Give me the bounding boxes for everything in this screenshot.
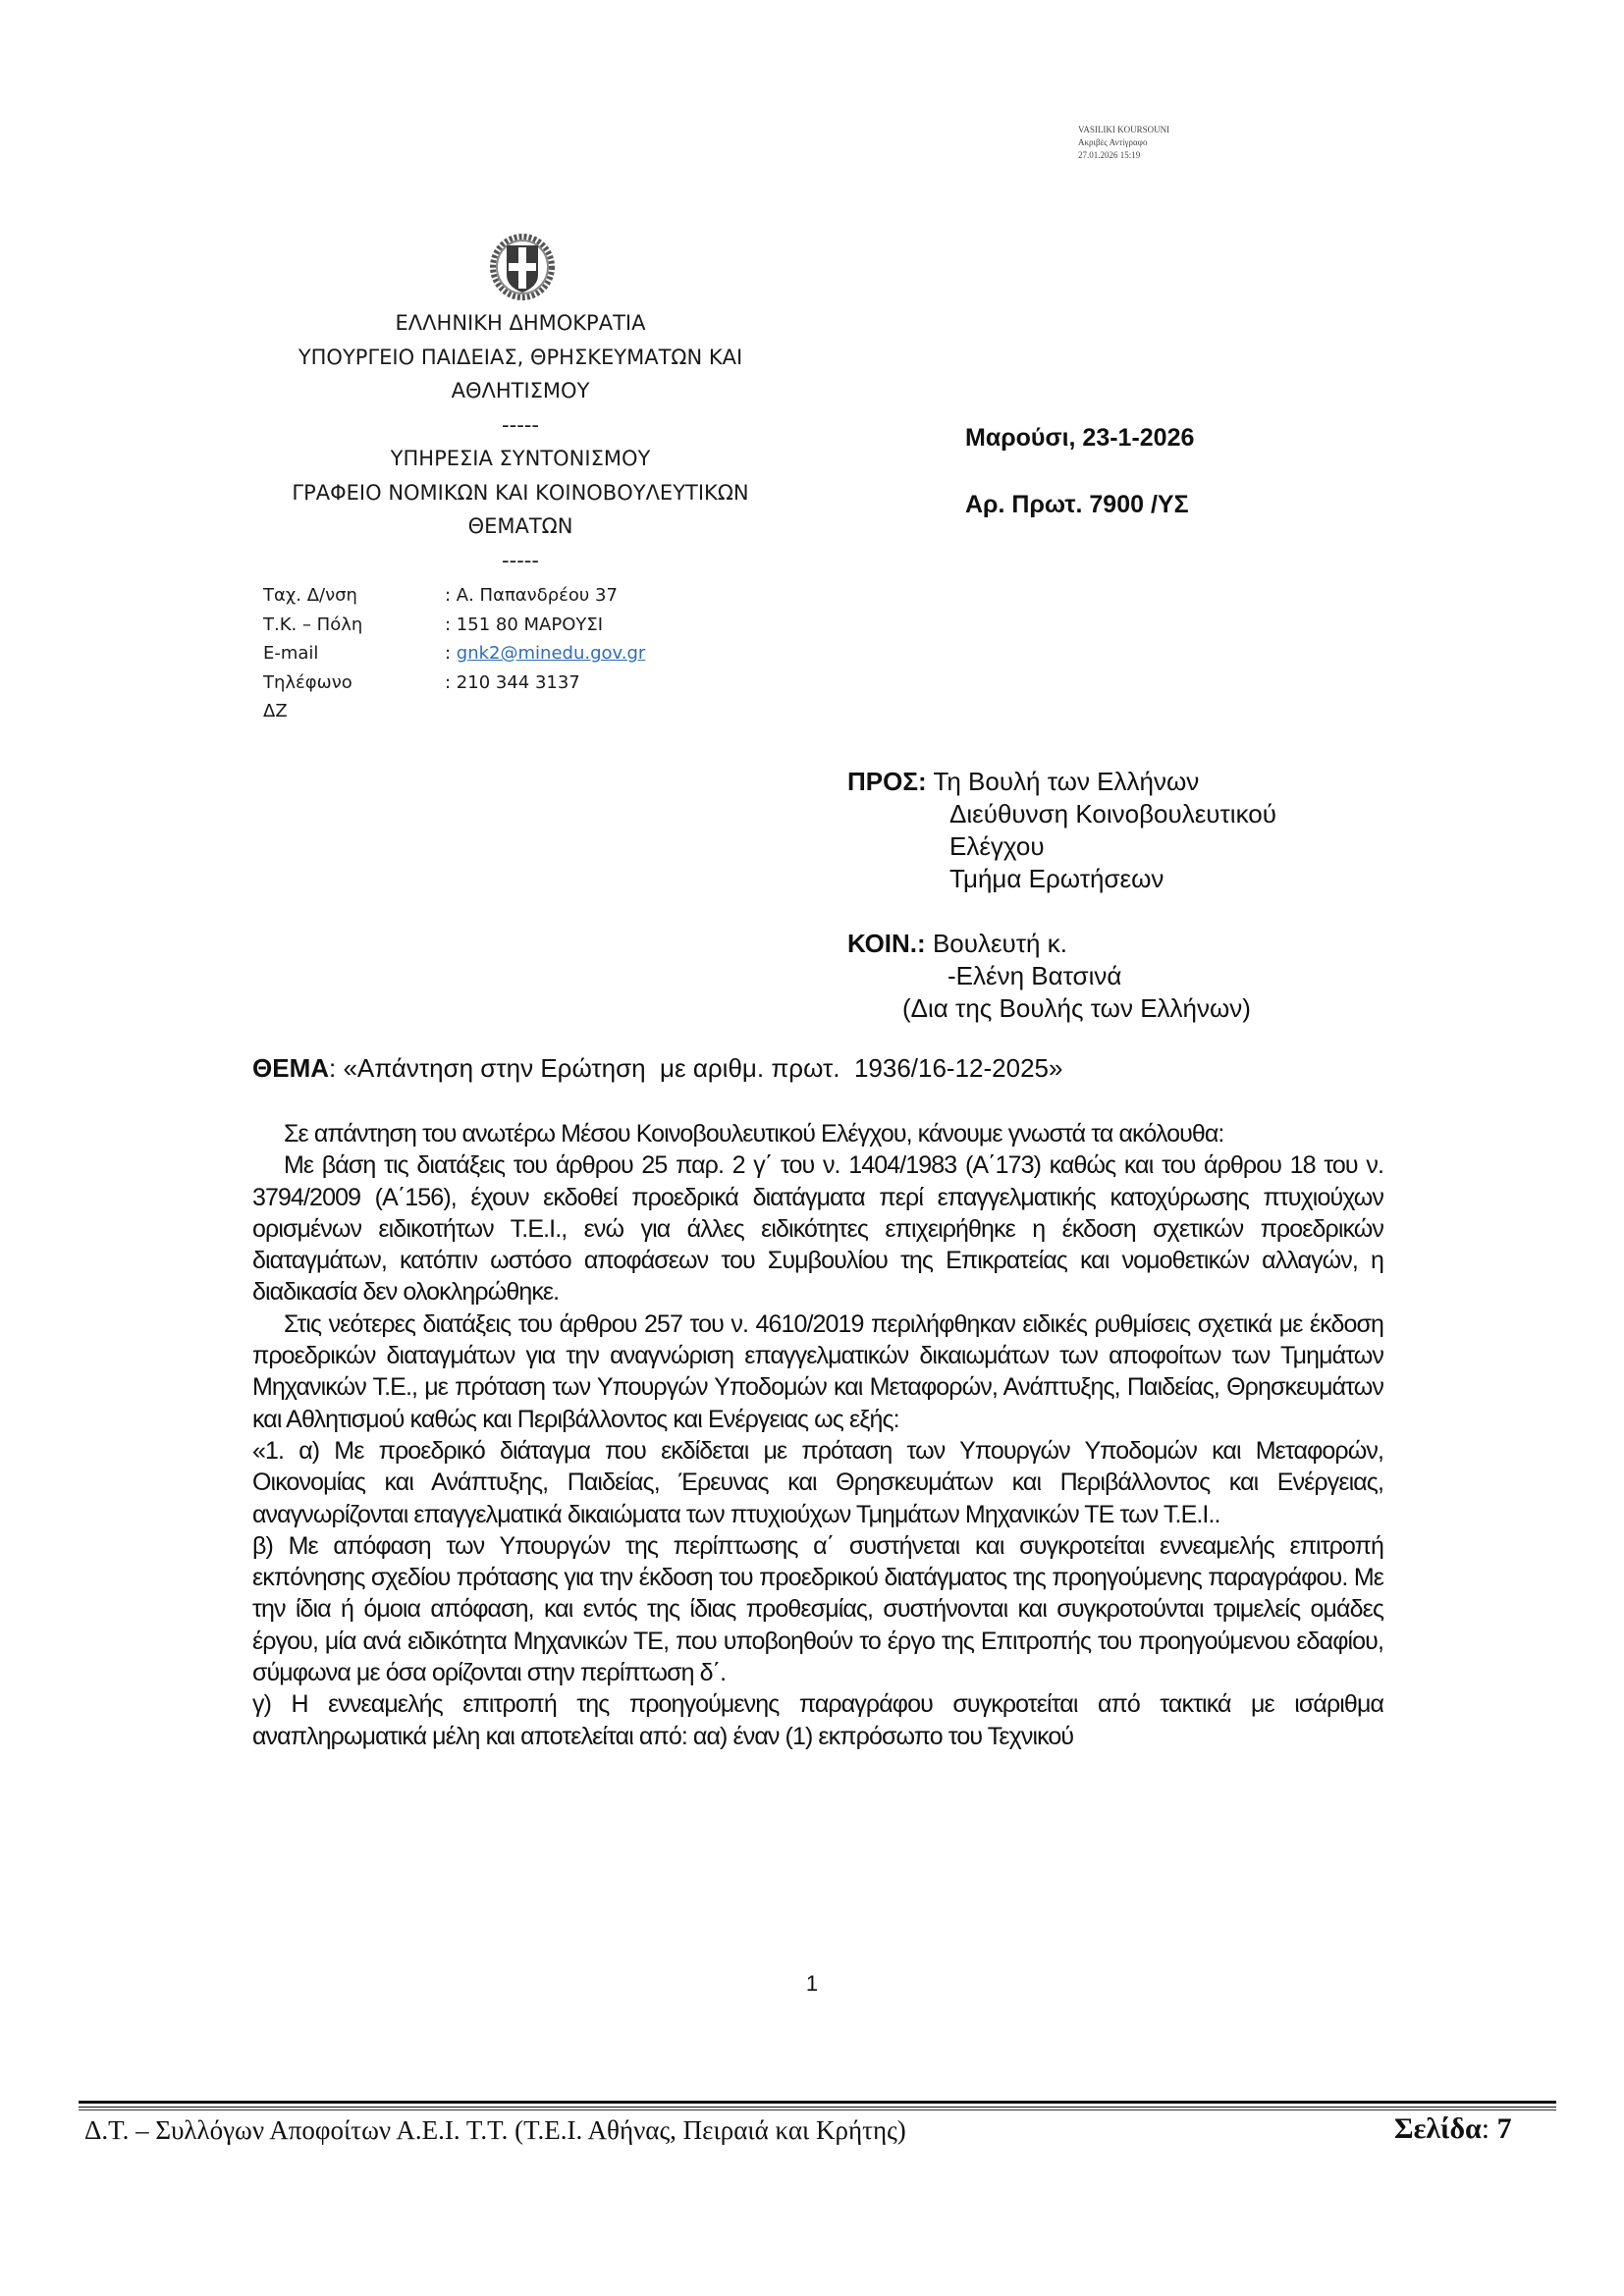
body-paragraph: γ) Η εννεαμελής επιτροπή της προηγούμενη…: [252, 1688, 1383, 1752]
greek-coat-of-arms-icon: [489, 232, 556, 300]
body-paragraph: Σε απάντηση του ανωτέρω Μέσου Κοινοβουλε…: [252, 1118, 1383, 1149]
org-line: ΕΛΛΗΝΙΚΗ ΔΗΜΟΚΡΑΤΙΑ: [245, 306, 795, 341]
footer-page: Σελίδα: 7: [1394, 2112, 1512, 2146]
cc-line: (Δια της Βουλής των Ελλήνων): [847, 992, 1251, 1025]
email-prefix: :: [445, 639, 457, 668]
subject-line: ΘΕΜΑ: «Απάντηση στην Ερώτηση με αριθμ. π…: [252, 1053, 1062, 1084]
initials: ΔΖ: [263, 697, 288, 726]
to-block: ΠΡΟΣ: Τη Βουλή των Ελλήνων Διεύθυνση Κοι…: [847, 766, 1276, 895]
footer-rule: [79, 2109, 1556, 2110]
address-value: : Α. Παπανδρέου 37: [445, 581, 618, 611]
email-link[interactable]: gnk2@minedu.gov.gr: [457, 639, 646, 668]
contact-email: E-mail : gnk2@minedu.gov.gr: [263, 639, 645, 668]
page-number: 1: [0, 1971, 1624, 1997]
org-line: ΥΠΟΥΡΓΕΙΟ ΠΑΙΔΕΙΑΣ, ΘΡΗΣΚΕΥΜΑΤΩΝ ΚΑΙ: [245, 341, 795, 375]
to-line: Τμήμα Ερωτήσεων: [847, 863, 1276, 895]
footer-page-value: 7: [1497, 2112, 1512, 2145]
document-date: Μαρούσι, 23-1-2026: [965, 424, 1194, 453]
to-line: Διεύθυνση Κοινοβουλευτικού: [847, 798, 1276, 830]
city-label: Τ.Κ. – Πόλη: [263, 611, 445, 640]
stamp-name: VASILIKI KOURSOUNI: [1078, 124, 1169, 136]
footer-organization: Δ.Τ. – Συλλόγων Αποφοίτων Α.Ε.Ι. Τ.Τ. (Τ…: [84, 2115, 906, 2146]
footer-rule: [79, 2101, 1556, 2104]
contact-initials: ΔΖ: [263, 697, 645, 726]
cc-label: ΚΟΙΝ.:: [847, 929, 926, 958]
subject-text: : «Απάντηση στην Ερώτηση με αριθμ. πρωτ.…: [329, 1053, 1062, 1083]
to-line: Ελέγχου: [847, 830, 1276, 863]
org-line: ΥΠΗΡΕΣΙΑ ΣΥΝΤΟΝΙΣΜΟΥ: [245, 442, 795, 476]
contact-address: Ταχ. Δ/νση : Α. Παπανδρέου 37: [263, 581, 645, 611]
protocol-number: Αρ. Πρωτ. 7900 /ΥΣ: [965, 491, 1189, 519]
contact-block: Ταχ. Δ/νση : Α. Παπανδρέου 37 Τ.Κ. – Πόλ…: [263, 581, 645, 726]
body-paragraph: Με βάση τις διατάξεις του άρθρου 25 παρ.…: [252, 1149, 1383, 1308]
contact-city: Τ.Κ. – Πόλη : 151 80 ΜΑΡΟΥΣΙ: [263, 611, 645, 640]
body-paragraph: «1. α) Με προεδρικό διάταγμα που εκδίδετ…: [252, 1435, 1383, 1530]
body-paragraph: Στις νεότερες διατάξεις του άρθρου 257 τ…: [252, 1308, 1383, 1435]
cc-block: ΚΟΙΝ.: Βουλευτή κ. -Ελένη Βατσινά (Δια τ…: [847, 928, 1251, 1025]
footer-rule: [79, 2107, 1556, 2108]
contact-phone: Τηλέφωνο : 210 344 3137: [263, 668, 645, 698]
org-separator: -----: [245, 544, 795, 578]
org-line: ΘΕΜΑΤΩΝ: [245, 509, 795, 544]
subject-label: ΘΕΜΑ: [252, 1053, 329, 1083]
stamp-datetime: 27.01.2026 15:19: [1078, 149, 1169, 162]
org-line: ΑΘΛΗΤΙΣΜΟΥ: [245, 374, 795, 408]
to-label: ΠΡΟΣ:: [847, 767, 927, 796]
cc-line: Βουλευτή κ.: [933, 929, 1067, 958]
email-label: E-mail: [263, 639, 445, 668]
stamp-label: Ακριβές Αντίγραφο: [1078, 136, 1169, 149]
city-value: : 151 80 ΜΑΡΟΥΣΙ: [445, 611, 603, 640]
phone-label: Τηλέφωνο: [263, 668, 445, 698]
document-body: Σε απάντηση του ανωτέρω Μέσου Κοινοβουλε…: [252, 1118, 1383, 1752]
org-line: ΓΡΑΦΕΙΟ ΝΟΜΙΚΩΝ ΚΑΙ ΚΟΙΝΟΒΟΥΛΕΥΤΙΚΩΝ: [245, 476, 795, 510]
certified-copy-stamp: VASILIKI KOURSOUNI Ακριβές Αντίγραφο 27.…: [1078, 124, 1169, 162]
body-paragraph: β) Με απόφαση των Υπουργών της περίπτωση…: [252, 1530, 1383, 1688]
org-separator: -----: [245, 408, 795, 443]
footer-page-label: Σελίδα: [1394, 2112, 1482, 2145]
address-label: Ταχ. Δ/νση: [263, 581, 445, 611]
organization-header: ΕΛΛΗΝΙΚΗ ΔΗΜΟΚΡΑΤΙΑ ΥΠΟΥΡΓΕΙΟ ΠΑΙΔΕΙΑΣ, …: [245, 306, 795, 577]
to-line: Τη Βουλή των Ελλήνων: [933, 767, 1199, 796]
cc-line: -Ελένη Βατσινά: [847, 960, 1251, 992]
phone-value: : 210 344 3137: [445, 668, 580, 698]
